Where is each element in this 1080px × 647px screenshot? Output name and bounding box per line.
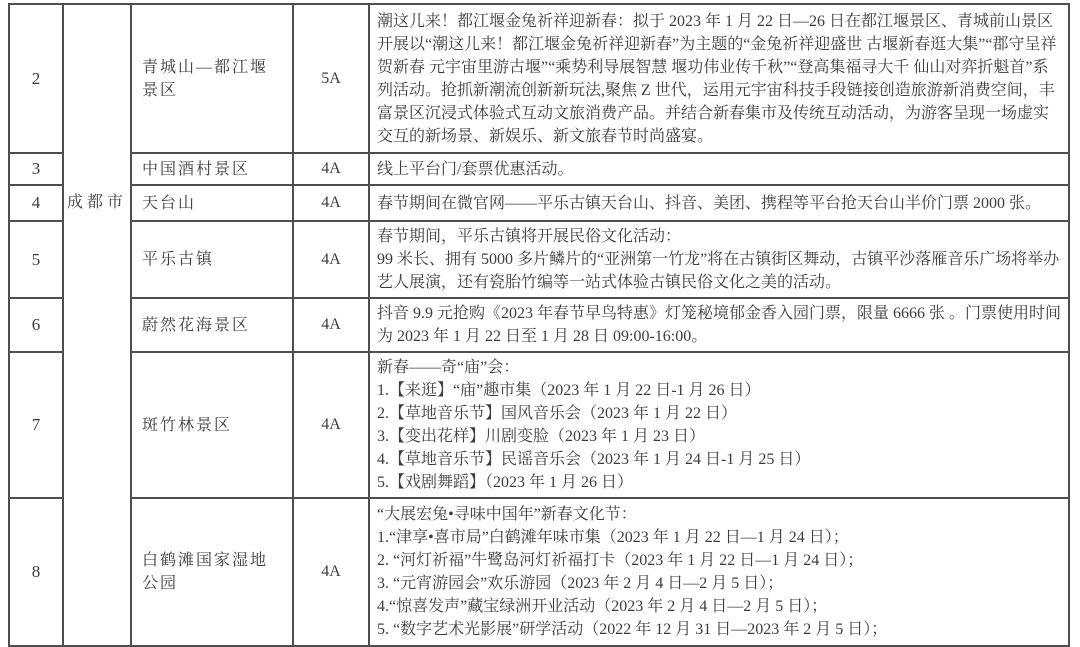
table-row: 2成都市青城山—都江堰景区5A潮这儿来！都江堰金兔祈祥迎新春：拟于 2023 年… — [9, 4, 1069, 153]
table-row: 7斑竹林景区4A新春——奇“庙”会：1.【来逛】“庙”趣市集（2023 年 1 … — [9, 352, 1069, 498]
table-row: 8白鹤滩国家湿地公园4A“大展宏兔•寻味中国年”新春文化节：1.“津享•喜市局”… — [9, 498, 1069, 633]
table-row: 6蔚然花海景区4A抖音 9.9 元抢购《2023 年春节早鸟特惠》灯笼秘境郁金香… — [9, 298, 1069, 352]
description-paragraph: 2.【草地音乐节】国风音乐会（2023 年 1 月 22 日） — [377, 402, 1062, 425]
description-paragraph: 99 米长、拥有 5000 多片鳞片的“亚洲第一竹龙”将在古镇街区舞动，古镇平沙… — [377, 248, 1062, 294]
description-paragraph: “大展宏兔•寻味中国年”新春文化节： — [377, 503, 1062, 526]
rating-cell: 4A — [293, 498, 369, 633]
row-number-cell: 8 — [9, 498, 63, 633]
description-paragraph: 3. “元宵游园会”欢乐游园（2023 年 2 月 4 日—2 月 5 日）； — [377, 572, 1062, 595]
description-paragraph: 线上平台门/套票优惠活动。 — [377, 158, 1062, 181]
activity-description-cell: 春节期间在微官网——平乐古镇天台山、抖音、美团、携程等平台抢天台山半价门票 20… — [369, 185, 1069, 221]
activity-description-cell: 线上平台门/套票优惠活动。 — [369, 153, 1069, 185]
rating-cell: 4A — [293, 352, 369, 498]
rating-cell: 4A — [293, 221, 369, 298]
row-number-cell: 2 — [9, 4, 63, 153]
activity-description-cell: 新春——奇“庙”会：1.【来逛】“庙”趣市集（2023 年 1 月 22 日-1… — [369, 352, 1069, 498]
description-paragraph: 3.【变出花样】川剧变脸（2023 年 1 月 23 日） — [377, 425, 1062, 448]
city-cell: 成都市 — [63, 4, 131, 633]
attraction-name-cell: 白鹤滩国家湿地公园 — [131, 498, 293, 633]
description-paragraph: 4.“惊喜发声”藏宝绿洲开业活动（2023 年 2 月 4 日—2 月 5 日）… — [377, 595, 1062, 618]
description-paragraph: 2. “河灯祈福”牛鹭岛河灯祈福打卡（2023 年 1 月 22 日—1 月 2… — [377, 549, 1062, 572]
document-page: 2成都市青城山—都江堰景区5A潮这儿来！都江堰金兔祈祥迎新春：拟于 2023 年… — [8, 3, 1070, 633]
row-number-cell: 3 — [9, 153, 63, 185]
row-number-cell: 6 — [9, 298, 63, 352]
rating-cell: 4A — [293, 298, 369, 352]
attraction-name-cell: 青城山—都江堰景区 — [131, 4, 293, 153]
attraction-name-cell: 斑竹林景区 — [131, 352, 293, 498]
activity-description-cell: “大展宏兔•寻味中国年”新春文化节：1.“津享•喜市局”白鹤滩年味市集（2023… — [369, 498, 1069, 633]
description-paragraph: 1.【来逛】“庙”趣市集（2023 年 1 月 22 日-1 月 26 日） — [377, 379, 1062, 402]
rating-cell: 5A — [293, 4, 369, 153]
activity-description-cell: 抖音 9.9 元抢购《2023 年春节早鸟特惠》灯笼秘境郁金香入园门票，限量 6… — [369, 298, 1069, 352]
description-paragraph: 1.“津享•喜市局”白鹤滩年味市集（2023 年 1 月 22 日—1 月 24… — [377, 526, 1062, 549]
description-paragraph: 春节期间在微官网——平乐古镇天台山、抖音、美团、携程等平台抢天台山半价门票 20… — [377, 192, 1062, 215]
row-number-cell: 7 — [9, 352, 63, 498]
table-row: 5平乐古镇4A春节期间，平乐古镇将开展民俗文化活动：99 米长、拥有 5000 … — [9, 221, 1069, 298]
description-paragraph: 抖音 9.9 元抢购《2023 年春节早鸟特惠》灯笼秘境郁金香入园门票，限量 6… — [377, 302, 1062, 348]
description-paragraph: 5. “数字艺术光影展”研学活动（2022 年 12 月 31 日—2023 年… — [377, 618, 1062, 633]
row-number-cell: 5 — [9, 221, 63, 298]
description-paragraph: 新春——奇“庙”会： — [377, 356, 1062, 379]
rating-cell: 4A — [293, 153, 369, 185]
rating-cell: 4A — [293, 185, 369, 221]
description-paragraph: 5.【戏剧舞蹈】（2023 年 1 月 26 日） — [377, 471, 1062, 494]
attraction-name-cell: 蔚然花海景区 — [131, 298, 293, 352]
attraction-name-cell: 中国酒村景区 — [131, 153, 293, 185]
table-body: 2成都市青城山—都江堰景区5A潮这儿来！都江堰金兔祈祥迎新春：拟于 2023 年… — [9, 4, 1069, 633]
attractions-table: 2成都市青城山—都江堰景区5A潮这儿来！都江堰金兔祈祥迎新春：拟于 2023 年… — [8, 3, 1070, 633]
attraction-name-cell: 平乐古镇 — [131, 221, 293, 298]
description-paragraph: 潮这儿来！都江堰金兔祈祥迎新春：拟于 2023 年 1 月 22 日—26 日在… — [377, 10, 1062, 148]
attraction-name-cell: 天台山 — [131, 185, 293, 221]
activity-description-cell: 潮这儿来！都江堰金兔祈祥迎新春：拟于 2023 年 1 月 22 日—26 日在… — [369, 4, 1069, 153]
activity-description-cell: 春节期间，平乐古镇将开展民俗文化活动：99 米长、拥有 5000 多片鳞片的“亚… — [369, 221, 1069, 298]
description-paragraph: 春节期间，平乐古镇将开展民俗文化活动： — [377, 225, 1062, 248]
row-number-cell: 4 — [9, 185, 63, 221]
table-row: 3中国酒村景区4A线上平台门/套票优惠活动。 — [9, 153, 1069, 185]
table-row: 4天台山4A春节期间在微官网——平乐古镇天台山、抖音、美团、携程等平台抢天台山半… — [9, 185, 1069, 221]
description-paragraph: 4.【草地音乐节】民谣音乐会（2023 年 1 月 24 日-1 月 25 日） — [377, 448, 1062, 471]
